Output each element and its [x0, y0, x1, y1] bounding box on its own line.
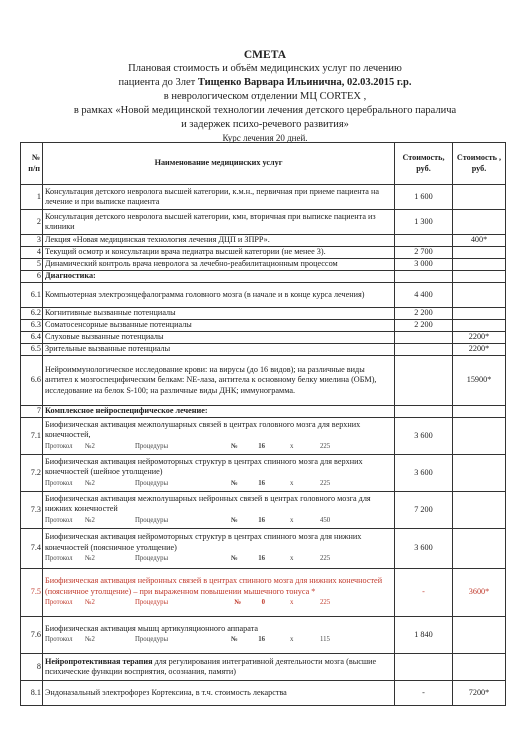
table-row: 2Консультация детского невролога высшей …: [21, 210, 506, 235]
row-number: 6.6: [21, 356, 43, 406]
cost-value: [395, 344, 453, 356]
optional-cost-value: [453, 617, 506, 654]
row-number: 7.5: [21, 569, 43, 617]
row-number: 6.3: [21, 320, 43, 332]
service-name: Лекция «Новая медицинская технология леч…: [43, 235, 395, 247]
table-row: 7.6Биофизическая активация мышц артикуля…: [21, 617, 506, 654]
protocol-line: Протокол№2Процедуры№ 16x225: [45, 478, 392, 490]
table-row: 8Нейропротективная терапия для регулиров…: [21, 654, 506, 681]
service-name: Биофизическая активация нейромоторных ст…: [43, 529, 395, 569]
service-name: Биофизическая активация мышц артикуляцио…: [43, 617, 395, 654]
cost-value: 3 600: [395, 455, 453, 492]
document-header: СМЕТА Плановая стоимость и объём медицин…: [0, 48, 530, 144]
cost-value: 4 400: [395, 283, 453, 308]
cost-value: 1 840: [395, 617, 453, 654]
table-row: 3Лекция «Новая медицинская технология ле…: [21, 235, 506, 247]
table-row: 7.5Биофизическая активация нейронных свя…: [21, 569, 506, 617]
optional-cost-value: 2200*: [453, 344, 506, 356]
table-row: 6.4Слуховые вызванные потенциалы2200*: [21, 332, 506, 344]
optional-cost-value: [453, 259, 506, 271]
table-row: 7.2Биофизическая активация нейромоторных…: [21, 455, 506, 492]
service-name: Консультация детского невролога высшей к…: [43, 185, 395, 210]
cost-value: 2 200: [395, 320, 453, 332]
estimate-table: № п/п Наименование медицинских услуг Сто…: [20, 142, 506, 706]
patient-name: Тищенко Варвара Ильинична, 02.03.2015 г.…: [198, 77, 412, 88]
row-number: 7.1: [21, 418, 43, 455]
table-row: 6Диагностика:: [21, 271, 506, 283]
cost-value: 3 600: [395, 418, 453, 455]
optional-cost-value: [453, 492, 506, 529]
cost-value: 2 700: [395, 247, 453, 259]
table-row: 6.1Компьютерная электроэнцефалограмма го…: [21, 283, 506, 308]
row-number: 3: [21, 235, 43, 247]
optional-cost-value: 7200*: [453, 681, 506, 706]
optional-cost-value: 2200*: [453, 332, 506, 344]
optional-cost-value: [453, 406, 506, 418]
row-number: 7.3: [21, 492, 43, 529]
table-row: 6.2Когнитивные вызванные потенциалы2 200: [21, 308, 506, 320]
protocol-line: Протокол№2Процедуры№ 16x225: [45, 441, 392, 453]
col-cost-header: Стоимость, руб.: [395, 143, 453, 185]
cost-value: 7 200: [395, 492, 453, 529]
optional-cost-value: 15900*: [453, 356, 506, 406]
service-name: Эндоназальный электрофорез Кортексина, в…: [43, 681, 395, 706]
table-row: 6.5Зрительные вызванные потенциалы2200*: [21, 344, 506, 356]
row-number: 7: [21, 406, 43, 418]
cost-value: 1 600: [395, 185, 453, 210]
optional-cost-value: [453, 247, 506, 259]
subtitle-line-1: Плановая стоимость и объём медицинских у…: [0, 62, 530, 76]
optional-cost-value: [453, 320, 506, 332]
optional-cost-value: [453, 308, 506, 320]
cost-value: [395, 356, 453, 406]
optional-cost-value: [453, 455, 506, 492]
cost-value: -: [395, 681, 453, 706]
document-title: СМЕТА: [0, 48, 530, 62]
service-name: Биофизическая активация межполушарных не…: [43, 492, 395, 529]
optional-cost-value: [453, 271, 506, 283]
table-row: 4Текущий осмотр и консультации врача пед…: [21, 247, 506, 259]
row-number: 6.4: [21, 332, 43, 344]
col-cost2-header: Стоимость , руб.: [453, 143, 506, 185]
optional-cost-value: 400*: [453, 235, 506, 247]
table-row: 7.1Биофизическая активация межполушарных…: [21, 418, 506, 455]
cost-value: [395, 654, 453, 681]
cost-value: [395, 235, 453, 247]
row-number: 4: [21, 247, 43, 259]
row-number: 6.5: [21, 344, 43, 356]
cost-value: 1 300: [395, 210, 453, 235]
service-name: Биофизическая активация нейронных связей…: [43, 569, 395, 617]
table-body: 1Консультация детского невролога высшей …: [21, 185, 506, 706]
optional-cost-value: [453, 529, 506, 569]
patient-prefix: пациента до 3лет: [118, 77, 197, 88]
service-name: Консультация детского невролога высшей к…: [43, 210, 395, 235]
service-name: Компьютерная электроэнцефалограмма голов…: [43, 283, 395, 308]
service-name: Биофизическая активация межполушарных св…: [43, 418, 395, 455]
row-number: 2: [21, 210, 43, 235]
program-line-1: в рамках «Новой медицинской технологии л…: [0, 104, 530, 118]
cost-value: [395, 271, 453, 283]
cost-value: 3 000: [395, 259, 453, 271]
table-row: 7.4Биофизическая активация нейромоторных…: [21, 529, 506, 569]
optional-cost-value: [453, 210, 506, 235]
department-line: в неврологическом отделении МЦ CORTEX ,: [0, 90, 530, 104]
program-line-2: и задержек психо-речевого развития»: [0, 118, 530, 132]
row-number: 6.2: [21, 308, 43, 320]
service-name: Текущий осмотр и консультации врача педи…: [43, 247, 395, 259]
row-number: 6.1: [21, 283, 43, 308]
protocol-line: Протокол№2Процедуры№ 16x225: [45, 553, 392, 565]
table-row: 6.3Соматосенсорные вызванные потенциалы2…: [21, 320, 506, 332]
service-name: Слуховые вызванные потенциалы: [43, 332, 395, 344]
protocol-line: Протокол№2Процедуры№ 16x115: [45, 634, 392, 646]
table-row: 5Динамический контроль врача невролога з…: [21, 259, 506, 271]
row-number: 5: [21, 259, 43, 271]
cost-value: -: [395, 569, 453, 617]
row-number: 8: [21, 654, 43, 681]
table-row: 6.6Нейроиммунологическое исследование кр…: [21, 356, 506, 406]
cost-value: 2 200: [395, 308, 453, 320]
table-row: 1Консультация детского невролога высшей …: [21, 185, 506, 210]
protocol-line: Протокол№2Процедуры№ 16x450: [45, 515, 392, 527]
optional-cost-value: [453, 185, 506, 210]
row-number: 7.6: [21, 617, 43, 654]
cost-value: [395, 406, 453, 418]
service-name: Нейроиммунологическое исследование крови…: [43, 356, 395, 406]
service-name: Нейропротективная терапия для регулирова…: [43, 654, 395, 681]
service-name: Когнитивные вызванные потенциалы: [43, 308, 395, 320]
cost-value: 3 600: [395, 529, 453, 569]
row-number: 7.2: [21, 455, 43, 492]
service-name: Комплексное нейроспецифическое лечение:: [43, 406, 395, 418]
col-number-header: № п/п: [21, 143, 43, 185]
optional-cost-value: [453, 418, 506, 455]
service-name: Зрительные вызванные потенциалы: [43, 344, 395, 356]
row-number: 7.4: [21, 529, 43, 569]
optional-cost-value: [453, 283, 506, 308]
table-row: 7.3Биофизическая активация межполушарных…: [21, 492, 506, 529]
table-header-row: № п/п Наименование медицинских услуг Сто…: [21, 143, 506, 185]
optional-cost-value: [453, 654, 506, 681]
cost-value: [395, 332, 453, 344]
service-name: Динамический контроль врача невролога за…: [43, 259, 395, 271]
protocol-line: Протокол№2Процедуры№ 0x225: [45, 597, 392, 609]
row-number: 8.1: [21, 681, 43, 706]
table-row: 7Комплексное нейроспецифическое лечение:: [21, 406, 506, 418]
service-name: Соматосенсорные вызванные потенциалы: [43, 320, 395, 332]
col-service-header: Наименование медицинских услуг: [43, 143, 395, 185]
table-row: 8.1Эндоназальный электрофорез Кортексина…: [21, 681, 506, 706]
service-name: Биофизическая активация нейромоторных ст…: [43, 455, 395, 492]
row-number: 6: [21, 271, 43, 283]
service-name: Диагностика:: [43, 271, 395, 283]
row-number: 1: [21, 185, 43, 210]
optional-cost-value: 3600*: [453, 569, 506, 617]
patient-line: пациента до 3лет Тищенко Варвара Ильинич…: [0, 76, 530, 90]
